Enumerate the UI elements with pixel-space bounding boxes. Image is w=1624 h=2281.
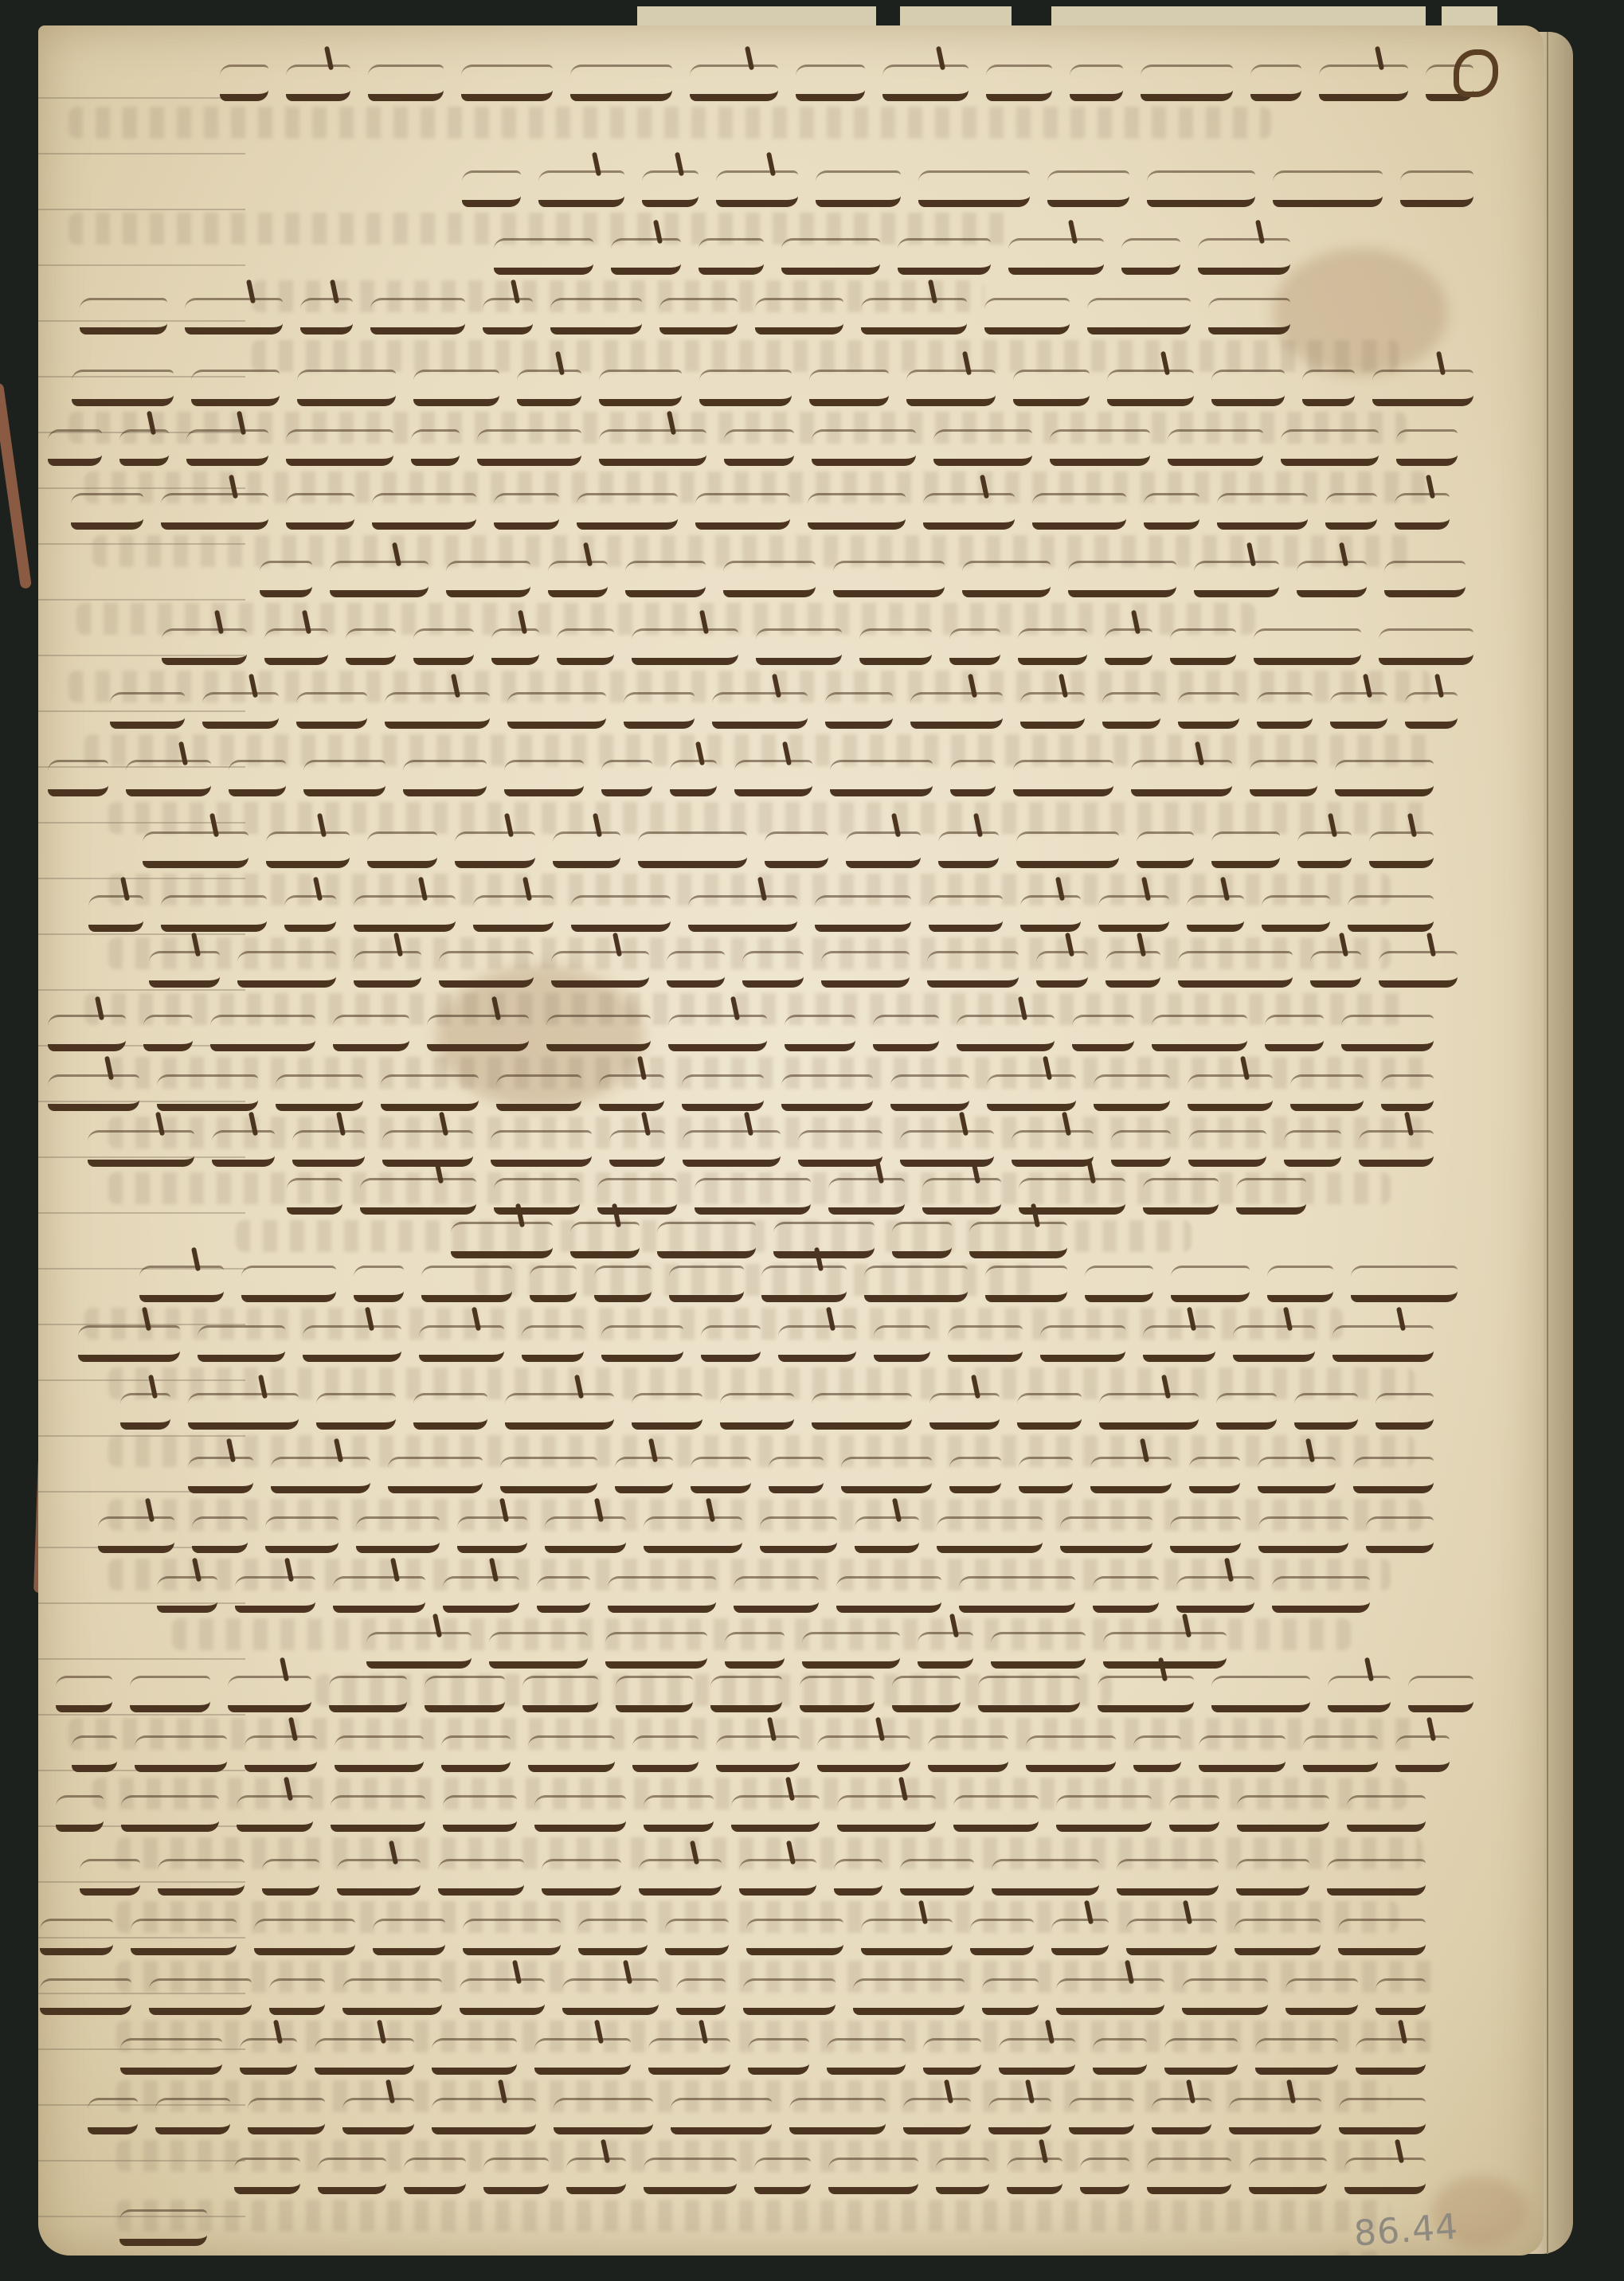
handwritten-word bbox=[695, 1178, 811, 1215]
handwritten-word bbox=[1396, 429, 1458, 466]
handwritten-word bbox=[119, 2209, 207, 2246]
handwritten-word bbox=[1384, 561, 1466, 597]
handwritten-word bbox=[1098, 895, 1169, 932]
handwritten-word bbox=[1117, 1859, 1219, 1896]
handwritten-word bbox=[985, 1266, 1067, 1302]
handwritten-word bbox=[785, 1015, 855, 1051]
handwritten-word bbox=[778, 1325, 856, 1362]
handwritten-word bbox=[237, 951, 336, 988]
handwritten-word bbox=[427, 1015, 529, 1051]
handwritten-word bbox=[1036, 951, 1088, 988]
handwritten-word bbox=[1319, 65, 1409, 101]
handwritten-word bbox=[754, 2158, 811, 2194]
handwritten-word bbox=[1395, 1735, 1450, 1772]
handwritten-word bbox=[1353, 1457, 1434, 1493]
handwritten-word bbox=[1147, 170, 1255, 207]
handwritten-word bbox=[1019, 1457, 1073, 1493]
handwritten-word bbox=[1040, 1325, 1126, 1362]
handwritten-word bbox=[734, 760, 812, 796]
handwritten-word bbox=[1178, 692, 1239, 729]
handwritten-word bbox=[1348, 895, 1434, 932]
handwritten-word bbox=[354, 951, 421, 988]
handwritten-word bbox=[296, 692, 367, 729]
handwritten-word bbox=[701, 1325, 761, 1362]
manuscript-line: [illegible cursive line] bbox=[462, 163, 1473, 214]
handwritten-word bbox=[522, 1676, 597, 1712]
handwritten-word bbox=[1176, 1576, 1254, 1613]
handwritten-word bbox=[413, 1393, 487, 1430]
handwritten-word bbox=[837, 1795, 936, 1832]
handwritten-word bbox=[80, 1859, 140, 1896]
handwritten-word bbox=[266, 831, 350, 868]
handwritten-word bbox=[882, 65, 969, 101]
handwritten-word bbox=[1008, 238, 1104, 275]
handwritten-word bbox=[1379, 951, 1458, 988]
handwritten-word bbox=[337, 1859, 421, 1896]
handwritten-word bbox=[599, 370, 682, 406]
handwritten-word bbox=[234, 2158, 300, 2194]
handwritten-word bbox=[557, 628, 614, 665]
handwritten-word bbox=[455, 831, 535, 868]
handwritten-word bbox=[237, 1795, 313, 1832]
handwritten-word bbox=[240, 2038, 297, 2075]
handwritten-word bbox=[56, 1676, 112, 1712]
handwritten-word bbox=[297, 370, 396, 406]
handwritten-word bbox=[825, 692, 892, 729]
handwritten-word bbox=[254, 1919, 355, 1955]
handwritten-word bbox=[284, 895, 336, 932]
handwritten-word bbox=[566, 2158, 626, 2194]
handwritten-word bbox=[828, 2158, 919, 2194]
handwritten-word bbox=[962, 561, 1051, 597]
handwritten-word bbox=[918, 170, 1030, 207]
handwritten-word bbox=[1236, 1859, 1309, 1896]
handwritten-word bbox=[1093, 2038, 1148, 2075]
handwritten-word bbox=[800, 1676, 874, 1712]
handwritten-word bbox=[1211, 831, 1279, 868]
manuscript-line: [illegible cursive line] bbox=[88, 888, 1434, 939]
handwritten-word bbox=[1170, 1516, 1241, 1553]
handwritten-word bbox=[861, 1919, 953, 1955]
handwritten-word bbox=[959, 1576, 1075, 1613]
handwritten-word bbox=[659, 298, 738, 335]
handwritten-word bbox=[158, 1859, 245, 1896]
handwritten-word bbox=[644, 1795, 714, 1832]
handwritten-word bbox=[699, 238, 764, 275]
handwritten-word bbox=[1236, 1178, 1306, 1215]
manuscript-line: [illegible cursive line] bbox=[88, 1509, 1434, 1560]
manuscript-line: [illegible cursive line] bbox=[127, 1569, 1370, 1620]
handwritten-word bbox=[918, 1632, 973, 1669]
handwritten-word bbox=[812, 429, 916, 466]
manuscript-line: [illegible cursive line with numeric not… bbox=[48, 621, 1473, 672]
handwritten-word bbox=[542, 1859, 622, 1896]
handwritten-word bbox=[671, 2098, 772, 2134]
handwritten-word bbox=[335, 1735, 424, 1772]
handwritten-word bbox=[900, 1130, 995, 1167]
handwritten-word bbox=[1366, 1516, 1434, 1553]
handwritten-word bbox=[1233, 1325, 1315, 1362]
handwritten-word bbox=[682, 1074, 764, 1111]
handwritten-word bbox=[755, 298, 843, 335]
handwritten-word bbox=[473, 895, 554, 932]
handwritten-word bbox=[388, 1457, 483, 1493]
handwritten-word bbox=[1018, 628, 1087, 665]
manuscript-line: [illegible cursive heading line] bbox=[207, 57, 1473, 108]
handwritten-word bbox=[48, 1015, 126, 1051]
manuscript-line: [illegible cursive line] bbox=[72, 362, 1473, 413]
handwritten-word bbox=[739, 1859, 816, 1896]
handwritten-word bbox=[1359, 1130, 1434, 1167]
handwritten-word bbox=[1395, 493, 1450, 530]
handwritten-word bbox=[1297, 561, 1367, 597]
handwritten-word bbox=[789, 2098, 886, 2134]
handwritten-word bbox=[88, 2098, 138, 2134]
handwritten-word bbox=[984, 298, 1070, 335]
handwritten-word bbox=[72, 370, 174, 406]
handwritten-word bbox=[1143, 1178, 1219, 1215]
handwritten-word bbox=[354, 1266, 404, 1302]
handwritten-word bbox=[548, 561, 609, 597]
handwritten-word bbox=[1080, 2158, 1130, 2194]
handwritten-word bbox=[723, 561, 815, 597]
manuscript-line: [illegible cursive line] bbox=[72, 944, 1458, 995]
handwritten-word bbox=[1347, 1795, 1426, 1832]
handwritten-word bbox=[126, 760, 211, 796]
handwritten-word bbox=[571, 895, 670, 932]
handwritten-word bbox=[798, 1130, 882, 1167]
handwritten-word bbox=[1376, 1393, 1434, 1430]
handwritten-word bbox=[949, 628, 1000, 665]
handwritten-word bbox=[463, 1919, 561, 1955]
handwritten-word bbox=[264, 628, 328, 665]
handwritten-word bbox=[360, 1178, 477, 1215]
handwritten-word bbox=[1143, 1325, 1215, 1362]
handwritten-word bbox=[760, 1516, 837, 1553]
handwritten-word bbox=[149, 951, 220, 988]
handwritten-word bbox=[898, 238, 991, 275]
handwritten-word bbox=[1105, 951, 1160, 988]
manuscript-line: [illegible cursive line] bbox=[88, 824, 1434, 875]
handwritten-word bbox=[903, 2098, 972, 2134]
handwritten-word bbox=[1069, 2098, 1134, 2134]
binding-thread bbox=[0, 382, 32, 589]
handwritten-word bbox=[265, 1516, 338, 1553]
handwritten-word bbox=[821, 951, 910, 988]
handwritten-word bbox=[161, 493, 268, 530]
handwritten-word bbox=[330, 561, 429, 597]
handwritten-word bbox=[859, 628, 932, 665]
handwritten-word bbox=[982, 1978, 1039, 2015]
ruling-line bbox=[38, 1212, 245, 1214]
handwritten-word bbox=[923, 493, 1015, 530]
handwritten-word bbox=[720, 1393, 793, 1430]
manuscript-line: [illegible cursive line] bbox=[40, 1971, 1426, 2022]
handwritten-word bbox=[815, 895, 910, 932]
handwritten-word bbox=[639, 1859, 722, 1896]
manuscript-line: [illegible cursive line] bbox=[223, 554, 1466, 604]
handwritten-word bbox=[812, 1393, 912, 1430]
handwritten-word bbox=[861, 298, 967, 335]
handwritten-word bbox=[1325, 493, 1377, 530]
handwritten-word bbox=[1273, 170, 1383, 207]
handwritten-word bbox=[748, 2038, 809, 2075]
handwritten-word bbox=[235, 1576, 315, 1613]
handwritten-word bbox=[937, 1516, 1043, 1553]
handwritten-word bbox=[1229, 2098, 1321, 2134]
ruling-line bbox=[38, 153, 245, 155]
handwritten-word bbox=[769, 1457, 824, 1493]
handwritten-word bbox=[553, 831, 620, 868]
manuscript-line: [illegible cursive line with numeric not… bbox=[40, 685, 1458, 736]
handwritten-word bbox=[188, 1457, 252, 1493]
handwritten-word bbox=[262, 1859, 319, 1896]
manuscript-line: [illegible cursive line] bbox=[80, 1852, 1426, 1903]
handwritten-word bbox=[1013, 370, 1090, 406]
handwritten-word bbox=[1208, 298, 1290, 335]
handwritten-word bbox=[161, 895, 266, 932]
handwritten-word bbox=[625, 561, 706, 597]
handwritten-word bbox=[1254, 628, 1361, 665]
handwritten-word bbox=[691, 1457, 751, 1493]
handwritten-word bbox=[461, 65, 553, 101]
handwritten-word bbox=[624, 692, 694, 729]
handwritten-word bbox=[241, 1266, 336, 1302]
handwritten-word bbox=[419, 1325, 504, 1362]
handwritten-word bbox=[551, 951, 649, 988]
handwritten-word bbox=[816, 170, 901, 207]
manuscript-line: [illegible cursive line] bbox=[64, 486, 1450, 537]
handwritten-word bbox=[830, 760, 933, 796]
handwritten-word bbox=[1262, 895, 1329, 932]
handwritten-word bbox=[1098, 1676, 1194, 1712]
handwritten-word bbox=[923, 2038, 981, 2075]
handwritten-word bbox=[746, 1919, 843, 1955]
handwritten-word bbox=[248, 2098, 325, 2134]
handwritten-word bbox=[853, 1978, 965, 2015]
handwritten-word bbox=[608, 1576, 716, 1613]
handwritten-word bbox=[796, 65, 865, 101]
handwritten-word bbox=[657, 1222, 756, 1258]
handwritten-word bbox=[1356, 2038, 1426, 2075]
handwritten-word bbox=[562, 1978, 659, 2015]
handwritten-word bbox=[494, 238, 593, 275]
handwritten-word bbox=[331, 1795, 425, 1832]
handwritten-word bbox=[1310, 951, 1361, 988]
handwritten-word bbox=[1152, 2098, 1211, 2134]
handwritten-word bbox=[987, 1074, 1076, 1111]
handwritten-word bbox=[1099, 1393, 1199, 1430]
handwritten-word bbox=[597, 1178, 677, 1215]
handwritten-word bbox=[318, 2158, 386, 2194]
handwritten-word bbox=[373, 1919, 445, 1955]
handwritten-word bbox=[534, 2038, 630, 2075]
handwritten-word bbox=[665, 1919, 729, 1955]
handwritten-word bbox=[40, 1919, 113, 1955]
handwritten-word bbox=[1216, 1393, 1278, 1430]
handwritten-word bbox=[346, 628, 396, 665]
handwritten-word bbox=[874, 1325, 930, 1362]
manuscript-page: [illegible cursive heading line][illegib… bbox=[38, 25, 1544, 2256]
handwritten-word bbox=[1131, 760, 1233, 796]
handwritten-word bbox=[699, 370, 792, 406]
handwritten-word bbox=[927, 951, 1018, 988]
handwritten-word bbox=[451, 1222, 553, 1258]
handwritten-word bbox=[550, 298, 642, 335]
handwritten-word bbox=[489, 1632, 588, 1669]
handwritten-word bbox=[827, 2038, 906, 2075]
handwritten-word bbox=[725, 1632, 785, 1669]
handwritten-word bbox=[439, 951, 534, 988]
handwritten-word bbox=[120, 2038, 222, 2075]
handwritten-word bbox=[287, 1178, 342, 1215]
handwritten-word bbox=[303, 1325, 401, 1362]
handwritten-word bbox=[192, 1516, 247, 1553]
handwritten-word bbox=[1281, 429, 1379, 466]
handwritten-word bbox=[528, 1735, 615, 1772]
handwritten-word bbox=[632, 1735, 699, 1772]
handwritten-word bbox=[616, 1676, 693, 1712]
handwritten-word bbox=[1258, 1457, 1336, 1493]
handwritten-word bbox=[1235, 1919, 1320, 1955]
handwritten-word bbox=[949, 1457, 1001, 1493]
handwritten-word bbox=[483, 298, 533, 335]
ornamental-corner-mark bbox=[1454, 49, 1498, 97]
handwritten-word bbox=[1211, 1676, 1310, 1712]
handwritten-word bbox=[969, 1222, 1067, 1258]
handwritten-word bbox=[356, 1516, 440, 1553]
handwritten-word bbox=[756, 628, 842, 665]
handwritten-word bbox=[1303, 1735, 1378, 1772]
handwritten-word bbox=[286, 429, 393, 466]
handwritten-word bbox=[781, 1074, 874, 1111]
handwritten-word bbox=[765, 831, 828, 868]
handwritten-word bbox=[1328, 1676, 1391, 1712]
handwritten-word bbox=[143, 831, 248, 868]
handwritten-word bbox=[1294, 1393, 1358, 1430]
handwritten-word bbox=[1017, 1393, 1082, 1430]
handwritten-word bbox=[212, 1130, 274, 1167]
handwritten-word bbox=[688, 895, 797, 932]
handwritten-word bbox=[1093, 1576, 1159, 1613]
handwritten-word bbox=[1141, 65, 1233, 101]
handwritten-word bbox=[922, 1178, 1001, 1215]
handwritten-word bbox=[507, 692, 607, 729]
handwritten-word bbox=[841, 1457, 931, 1493]
handwritten-word bbox=[808, 493, 906, 530]
handwritten-word bbox=[1332, 1325, 1434, 1362]
handwritten-word bbox=[724, 429, 795, 466]
handwritten-word bbox=[992, 1859, 1099, 1896]
handwritten-word bbox=[494, 493, 559, 530]
handwritten-word bbox=[667, 951, 726, 988]
ruling-line bbox=[38, 209, 245, 210]
handwritten-word bbox=[88, 1130, 194, 1167]
handwritten-word bbox=[71, 493, 143, 530]
handwritten-word bbox=[991, 1632, 1086, 1669]
handwritten-word bbox=[271, 1457, 371, 1493]
handwritten-word bbox=[1016, 831, 1119, 868]
handwritten-word bbox=[229, 760, 286, 796]
handwritten-word bbox=[1297, 831, 1352, 868]
manuscript-line: [illegible cursive line] bbox=[56, 1669, 1473, 1720]
show-through-text bbox=[68, 107, 1271, 139]
handwritten-word bbox=[670, 760, 716, 796]
handwritten-word bbox=[1198, 238, 1290, 275]
handwritten-word bbox=[1400, 170, 1473, 207]
handwritten-word bbox=[1351, 1266, 1458, 1302]
handwritten-word bbox=[135, 1735, 227, 1772]
handwritten-word bbox=[873, 1015, 938, 1051]
handwritten-word bbox=[80, 298, 167, 335]
handwritten-word bbox=[333, 1576, 425, 1613]
handwritten-word bbox=[446, 561, 530, 597]
handwritten-word bbox=[1056, 1978, 1164, 2015]
handwritten-word bbox=[910, 692, 1004, 729]
handwritten-word bbox=[286, 493, 354, 530]
handwritten-word bbox=[936, 2158, 989, 2194]
folio-number: 86.44 bbox=[1352, 2206, 1459, 2254]
handwritten-word bbox=[1379, 628, 1473, 665]
handwritten-word bbox=[1111, 1130, 1172, 1167]
handwritten-word bbox=[1376, 1978, 1426, 2015]
handwritten-word bbox=[773, 1222, 875, 1258]
handwritten-word bbox=[1258, 1516, 1348, 1553]
handwritten-word bbox=[245, 1735, 317, 1772]
manuscript-line: [illegible cursive line] bbox=[88, 2031, 1426, 2082]
handwritten-word bbox=[385, 692, 489, 729]
handwritten-word bbox=[900, 1859, 974, 1896]
handwritten-word bbox=[477, 429, 582, 466]
handwritten-word bbox=[443, 1795, 516, 1832]
handwritten-word bbox=[1188, 1074, 1274, 1111]
handwritten-word bbox=[425, 1676, 505, 1712]
handwritten-word bbox=[1249, 2158, 1328, 2194]
handwritten-word bbox=[48, 429, 102, 466]
handwritten-word bbox=[276, 1074, 364, 1111]
handwritten-word bbox=[411, 429, 459, 466]
handwritten-word bbox=[554, 2098, 652, 2134]
handwritten-word bbox=[1070, 65, 1123, 101]
handwritten-word bbox=[615, 1457, 673, 1493]
handwritten-word bbox=[1327, 1859, 1426, 1896]
handwritten-word bbox=[716, 1735, 800, 1772]
handwritten-word bbox=[1339, 2098, 1426, 2134]
handwritten-word bbox=[1199, 1735, 1286, 1772]
handwritten-word bbox=[78, 1325, 180, 1362]
handwritten-word bbox=[1272, 1576, 1370, 1613]
handwritten-word bbox=[443, 1576, 520, 1613]
handwritten-word bbox=[157, 1576, 217, 1613]
handwritten-word bbox=[413, 628, 474, 665]
handwritten-word bbox=[601, 1325, 683, 1362]
handwritten-word bbox=[929, 895, 1003, 932]
handwritten-word bbox=[1178, 951, 1293, 988]
handwritten-word bbox=[198, 1325, 286, 1362]
handwritten-word bbox=[1164, 2038, 1238, 2075]
handwritten-word bbox=[609, 1130, 666, 1167]
handwritten-word bbox=[1060, 1516, 1152, 1553]
handwritten-word bbox=[491, 1130, 592, 1167]
manuscript-line: [illegible cursive line] bbox=[494, 231, 1290, 282]
handwritten-word bbox=[382, 1130, 473, 1167]
handwritten-word bbox=[828, 1178, 905, 1215]
handwritten-word bbox=[315, 2038, 413, 2075]
handwritten-word bbox=[537, 1576, 590, 1613]
handwritten-word bbox=[743, 1978, 835, 2015]
handwritten-word bbox=[120, 1393, 171, 1430]
handwritten-word bbox=[48, 1074, 139, 1111]
